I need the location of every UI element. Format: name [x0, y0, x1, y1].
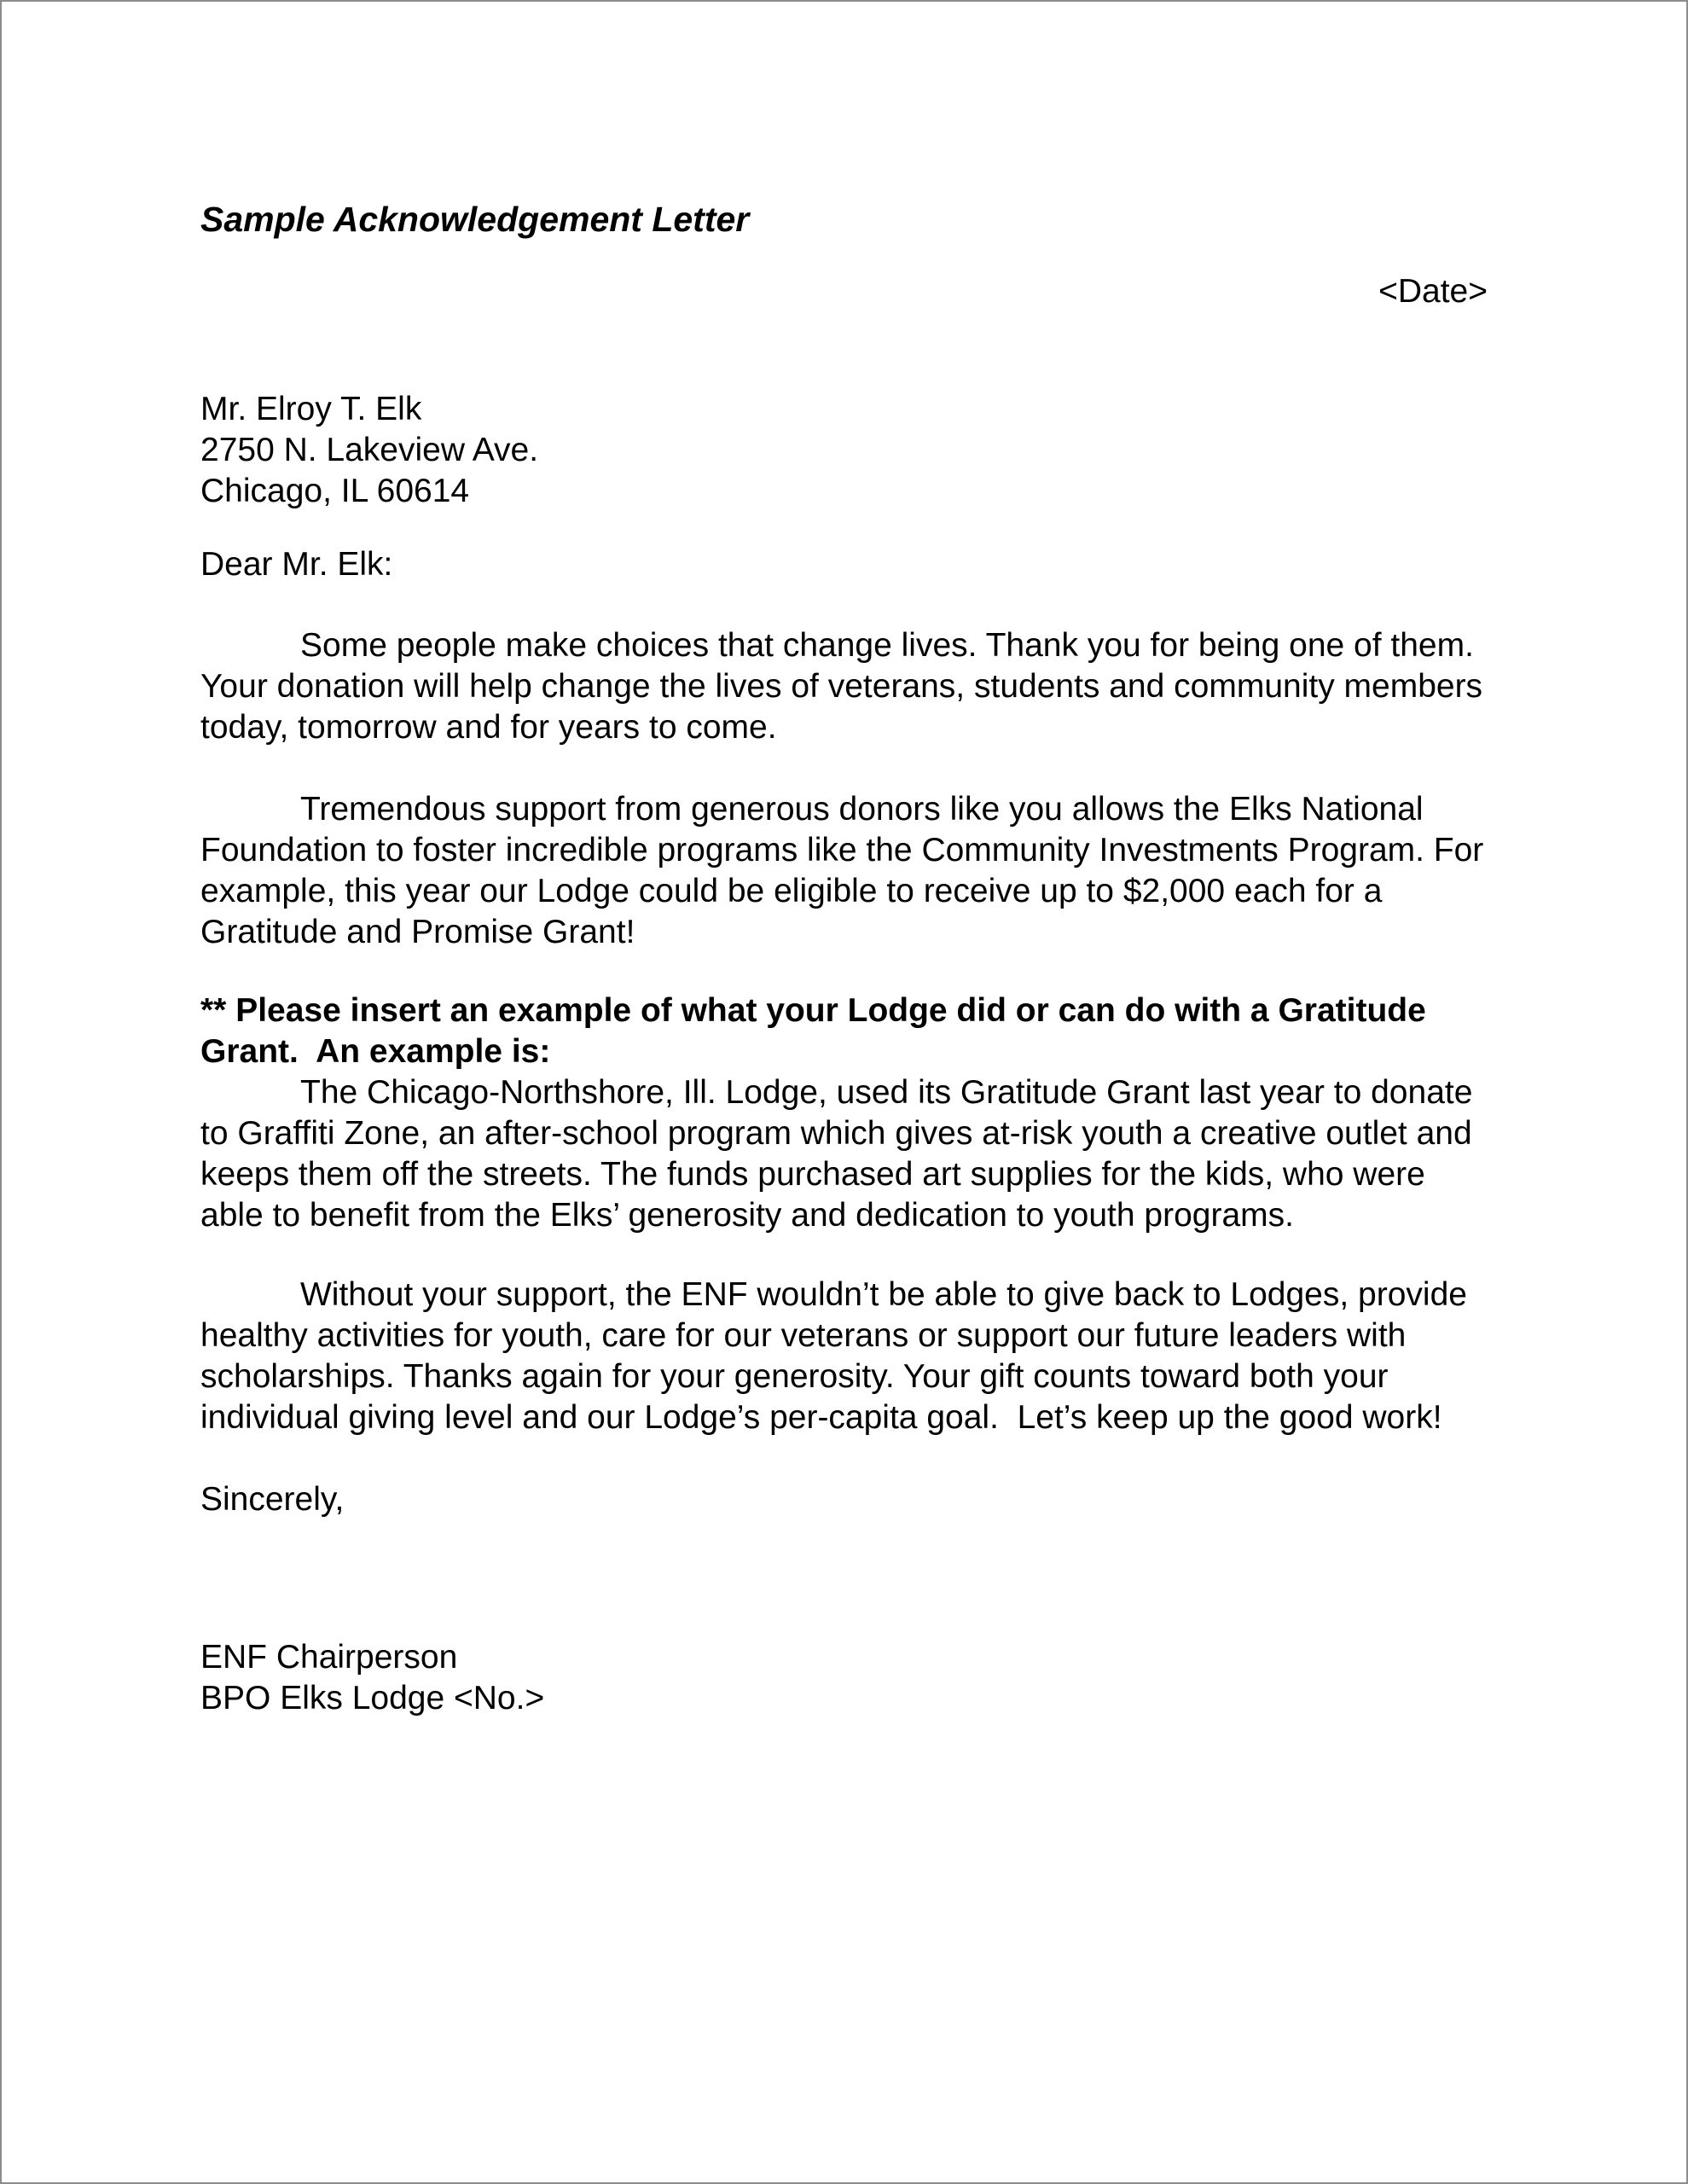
- paragraph: Tremendous support from generous donors …: [200, 789, 1488, 953]
- paragraph-line: to Graffiti Zone, an after-school progra…: [200, 1113, 1488, 1154]
- paragraph-line: able to benefit from the Elks’ generosit…: [200, 1195, 1488, 1236]
- paragraph-line: The Chicago-Northshore, Ill. Lodge, used…: [200, 1072, 1488, 1113]
- signature-line: ENF Chairperson: [200, 1637, 1488, 1678]
- recipient-address-line: Mr. Elroy T. Elk: [200, 389, 1488, 430]
- paragraph-line: Your donation will help change the lives…: [200, 666, 1488, 707]
- paragraph-line: Grant. An example is:: [200, 1031, 1488, 1072]
- paragraph-line: Tremendous support from generous donors …: [200, 789, 1488, 830]
- paragraph-line: Foundation to foster incredible programs…: [200, 830, 1488, 871]
- recipient-address-block: Mr. Elroy T. Elk2750 N. Lakeview Ave.Chi…: [200, 389, 1488, 512]
- salutation: Dear Mr. Elk:: [200, 544, 1488, 585]
- date-placeholder: <Date>: [200, 271, 1488, 312]
- recipient-address-line: 2750 N. Lakeview Ave.: [200, 430, 1488, 471]
- paragraph-line: scholarships. Thanks again for your gene…: [200, 1356, 1488, 1397]
- paragraph-line: Without your support, the ENF wouldn’t b…: [200, 1275, 1488, 1316]
- letter-body: Some people make choices that change liv…: [200, 625, 1488, 1438]
- paragraph-line: individual giving level and our Lodge’s …: [200, 1397, 1488, 1438]
- paragraph-line: example, this year our Lodge could be el…: [200, 871, 1488, 912]
- paragraph-line: healthy activities for youth, care for o…: [200, 1316, 1488, 1356]
- signature-block: ENF ChairpersonBPO Elks Lodge <No.>: [200, 1637, 1488, 1719]
- recipient-address-line: Chicago, IL 60614: [200, 471, 1488, 512]
- paragraph-line: Gratitude and Promise Grant!: [200, 912, 1488, 953]
- paragraph-line: ** Please insert an example of what your…: [200, 990, 1488, 1031]
- letter-title: Sample Acknowledgement Letter: [200, 199, 1488, 240]
- closing: Sincerely,: [200, 1479, 1488, 1520]
- paragraph: ** Please insert an example of what your…: [200, 990, 1488, 1072]
- letter-content: Sample Acknowledgement Letter <Date> Mr.…: [2, 2, 1686, 1719]
- paragraph-line: keeps them off the streets. The funds pu…: [200, 1154, 1488, 1195]
- paragraph: Without your support, the ENF wouldn’t b…: [200, 1275, 1488, 1438]
- signature-line: BPO Elks Lodge <No.>: [200, 1678, 1488, 1719]
- paragraph: The Chicago-Northshore, Ill. Lodge, used…: [200, 1072, 1488, 1236]
- paragraph: Some people make choices that change liv…: [200, 625, 1488, 748]
- letter-page: Sample Acknowledgement Letter <Date> Mr.…: [0, 0, 1688, 2184]
- paragraph-line: Some people make choices that change liv…: [200, 625, 1488, 666]
- paragraph-line: today, tomorrow and for years to come.: [200, 707, 1488, 748]
